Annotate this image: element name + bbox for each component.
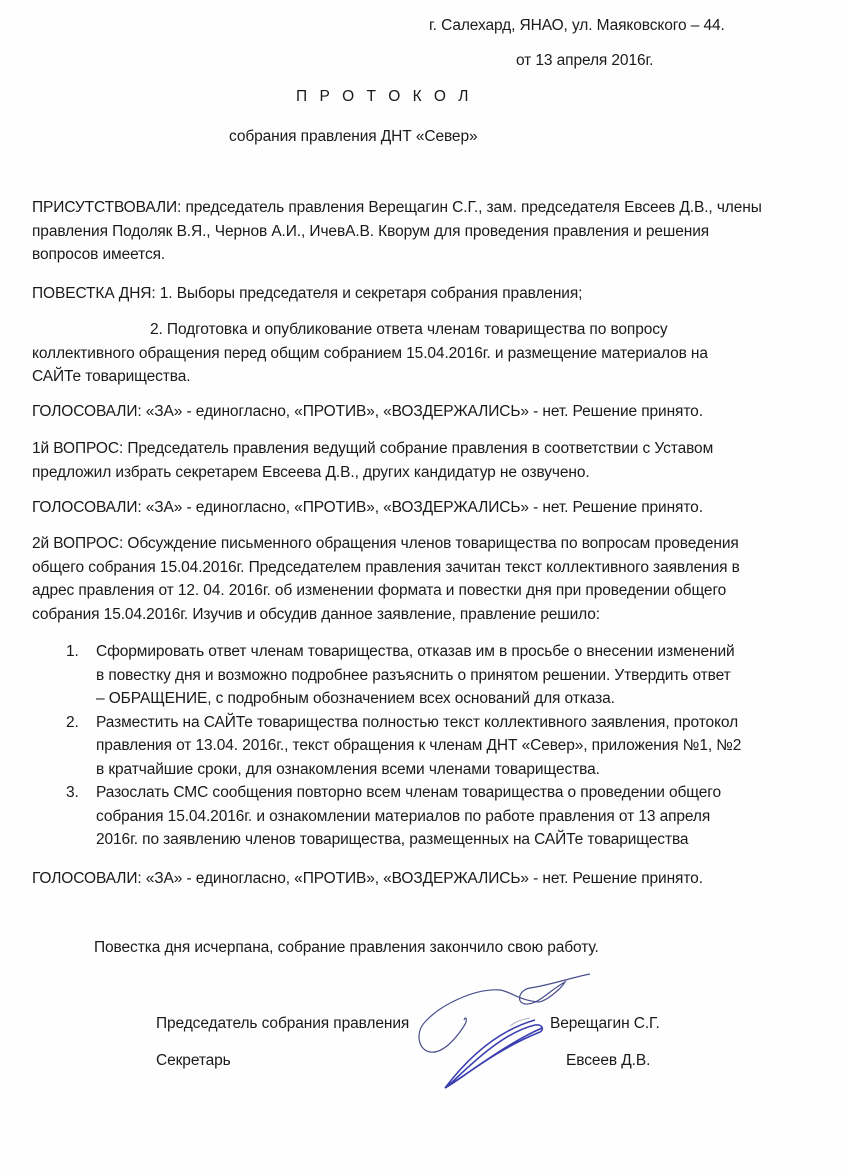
agenda-line: коллективного обращения перед общим собр… (32, 342, 802, 366)
decision-line: в повестку дня и возможно подробнее разъ… (96, 664, 806, 688)
decision-line: в кратчайшие сроки, для ознакомления все… (96, 758, 806, 782)
decision-number: 2. (66, 711, 79, 735)
decision-item: 2. Разместить на САЙТе товарищества полн… (66, 711, 806, 782)
document-subtitle: собрания правления ДНТ «Север» (229, 128, 478, 146)
question-2-line: 2й ВОПРОС: Обсуждение письменного обраще… (32, 532, 802, 556)
vote-text: ГОЛОСОВАЛИ: «ЗА» - единогласно, «ПРОТИВ»… (32, 400, 802, 424)
question-2-paragraph: 2й ВОПРОС: Обсуждение письменного обраще… (32, 532, 802, 626)
decision-line: – ОБРАЩЕНИЕ, с подробным обозначением вс… (96, 687, 806, 711)
vote-result-1: ГОЛОСОВАЛИ: «ЗА» - единогласно, «ПРОТИВ»… (32, 400, 802, 424)
attendees-line: правления Подоляк В.Я., Чернов А.И., Иче… (32, 220, 802, 244)
header-date: от 13 апреля 2016г. (516, 52, 653, 70)
handwritten-signature-icon (400, 960, 600, 1100)
closing-statement: Повестка дня исчерпана, собрание правлен… (94, 939, 599, 957)
agenda-item-1-text: ПОВЕСТКА ДНЯ: 1. Выборы председателя и с… (32, 282, 802, 306)
document-title: П Р О Т О К О Л (296, 88, 472, 106)
decision-line: Сформировать ответ членам товарищества, … (96, 640, 806, 664)
decision-item: 3. Разослать СМС сообщения повторно всем… (66, 781, 806, 852)
vote-result-2: ГОЛОСОВАЛИ: «ЗА» - единогласно, «ПРОТИВ»… (32, 496, 802, 520)
question-2-line: адрес правления от 12. 04. 2016г. об изм… (32, 579, 802, 603)
decision-line: 2016г. по заявлению членов товарищества,… (96, 828, 806, 852)
decision-item: 1. Сформировать ответ членам товариществ… (66, 640, 806, 711)
decision-line: собрания 15.04.2016г. и ознакомлении мат… (96, 805, 806, 829)
question-2-line: общего собрания 15.04.2016г. Председател… (32, 556, 802, 580)
secretary-role: Секретарь (156, 1052, 231, 1070)
question-2-line: собрания 15.04.2016г. Изучив и обсудив д… (32, 603, 802, 627)
header-address: г. Салехард, ЯНАО, ул. Маяковского – 44. (429, 17, 725, 35)
agenda-item-1: ПОВЕСТКА ДНЯ: 1. Выборы председателя и с… (32, 282, 802, 306)
chair-role: Председатель собрания правления (156, 1015, 409, 1033)
vote-result-3: ГОЛОСОВАЛИ: «ЗА» - единогласно, «ПРОТИВ»… (32, 867, 802, 891)
question-1-line: 1й ВОПРОС: Председатель правления ведущи… (32, 437, 802, 461)
attendees-line: вопросов имеется. (32, 243, 802, 267)
decision-line: Разослать СМС сообщения повторно всем чл… (96, 781, 806, 805)
decision-line: правления от 13.04. 2016г., текст обраще… (96, 734, 806, 758)
decision-number: 3. (66, 781, 79, 805)
decisions-list: 1. Сформировать ответ членам товариществ… (66, 640, 806, 852)
vote-text: ГОЛОСОВАЛИ: «ЗА» - единогласно, «ПРОТИВ»… (32, 496, 802, 520)
decision-number: 1. (66, 640, 79, 664)
vote-text: ГОЛОСОВАЛИ: «ЗА» - единогласно, «ПРОТИВ»… (32, 867, 802, 891)
agenda-line: 2. Подготовка и опубликование ответа чле… (32, 318, 802, 342)
agenda-line: САЙТе товарищества. (32, 365, 802, 389)
question-1-line: предложил избрать секретарем Евсеева Д.В… (32, 461, 802, 485)
question-1-paragraph: 1й ВОПРОС: Председатель правления ведущи… (32, 437, 802, 484)
attendees-paragraph: ПРИСУТСТВОВАЛИ: председатель правления В… (32, 196, 802, 267)
agenda-item-2: 2. Подготовка и опубликование ответа чле… (32, 318, 802, 389)
document-page: г. Салехард, ЯНАО, ул. Маяковского – 44.… (0, 0, 848, 1176)
decision-line: Разместить на САЙТе товарищества полност… (96, 711, 806, 735)
attendees-line: ПРИСУТСТВОВАЛИ: председатель правления В… (32, 196, 802, 220)
